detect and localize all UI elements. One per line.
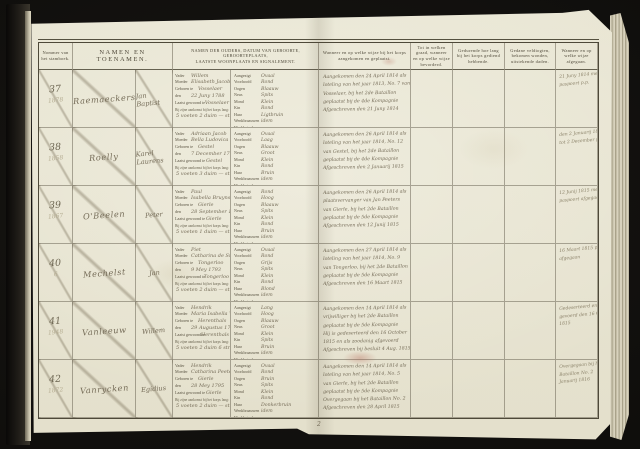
detail-label-moeder: Moeder (175, 79, 190, 86)
signalement-label: Haar (234, 286, 261, 292)
detail-value-lengte: 5 voeten 1 duim — streep (176, 229, 231, 236)
row-number-annotation: 1948 (48, 328, 64, 337)
signalement-value: Bruin (261, 171, 274, 177)
detail-value-moeder: Maria Isabella Wynants (191, 311, 231, 318)
detail-label-gewoond: Laatst gewoond te (175, 100, 204, 107)
signalement-value: Klein (261, 274, 273, 280)
detail-value-moeder: Elisabeth Jacobs (191, 79, 231, 86)
detail-label-vader: Vader (175, 305, 190, 312)
detail-label-vader: Vader (175, 131, 190, 138)
detail-value-moeder: Catharina de Smet (191, 253, 231, 260)
detail-line: den29 Augustus 1793 (175, 325, 229, 332)
detail-value-vader: Piet (191, 247, 201, 254)
promotion-cell-empty (411, 244, 453, 302)
detail-line: Geboren teVosselaer (175, 86, 229, 93)
header-namen: NAMEN EN TOENAMEN. (73, 43, 173, 70)
signalement-value: Bruin (261, 229, 274, 235)
detail-label-gewoond: Laatst gewoond te (175, 216, 205, 223)
header-aankomst: Wanneer en op welke wijze bij het korps … (319, 43, 411, 70)
surname-cell: Roelly (73, 128, 136, 186)
header-bevordering-label: Tot in welken graad, wanneer en op welke… (413, 45, 450, 67)
details-cell: VaderPaulMoederIsabella BruynseelsGebore… (173, 186, 231, 244)
details-cell: VaderHendrikMoederMaria Isabella Wynants… (173, 302, 231, 360)
detail-label-den: den (175, 383, 190, 390)
signalement-value: idem (261, 119, 273, 125)
details-cell: VaderPietMoederCatharina de SmetGeboren … (173, 244, 231, 302)
detail-line: MoederIsabella Bruynseels (175, 195, 229, 202)
detail-value-den: 28 September 1796 (191, 209, 231, 216)
detail-label-vader: Vader (175, 363, 190, 370)
detail-line: VaderHendrik (175, 305, 229, 312)
service-note-line: Afgeschreven bij besluit 4 Aug. 1815 (323, 346, 408, 356)
header-ouders: NAMEN DER OUDERS, DATUM VAN GEBOORTE, GE… (173, 43, 319, 70)
signalement-label: Kin (234, 395, 261, 401)
detail-line: Laatst gewoond teGierle (175, 216, 229, 223)
signalement-label: Voorhoofd (234, 253, 261, 259)
signalement-label: Oogen (234, 260, 261, 266)
service-notes-cell: Aangekomen den 24 April 1814 alsloteling… (319, 70, 411, 128)
detail-label-moeder: Moeder (175, 137, 190, 144)
signalement-label: Kin (234, 105, 261, 111)
signalement-value: Ovaal (261, 248, 275, 254)
service-duration-cell-empty (453, 244, 505, 302)
signalement-value: idem (261, 293, 273, 299)
detail-value-den: 7 December 1794 (191, 151, 231, 158)
detail-line: Laatst gewoond teVosselaer (175, 100, 229, 107)
detail-value-den: 29 Augustus 1793 (191, 325, 231, 332)
detail-length-line: 5 voeten 1 duim — streep (175, 229, 229, 236)
detail-value-den: 28 Mey 1795 (191, 383, 224, 390)
signalement-value: Groot (261, 151, 275, 157)
detail-line: Geboren teGierle (175, 202, 229, 209)
detail-value-gewoond: Gierle (206, 216, 222, 223)
detail-label-moeder: Moeder (175, 311, 190, 318)
header-afgegaan: Wanneer en op welke wijze afgegaan. (556, 43, 598, 70)
signalement-cell: AangezigtLangVoorhoofdHoogOogenBlaauwNeu… (231, 302, 319, 360)
signalement-label: Oogen (234, 376, 261, 382)
detail-line: VaderHendrik (175, 363, 229, 370)
detail-value-vader: Willem (191, 73, 209, 80)
detail-label-moeder: Moeder (175, 369, 190, 376)
service-note-line: Afgeschreven den 21 Juny 1814 (323, 106, 408, 116)
service-note-line: Afgeschreven den 28 April 1815 (323, 404, 408, 414)
service-note-line: Afgeschreven den 16 Maart 1815 (323, 280, 408, 290)
signalement-label: Voorhoofd (234, 311, 261, 317)
surname: O'Beelen (83, 208, 126, 221)
signalement-value: Ovaal (261, 132, 275, 138)
signalement-label: Kin (234, 163, 261, 169)
row-number-annotation: 6 (53, 271, 58, 278)
footer-page-mark: 2 (317, 421, 321, 428)
signalement-label: Wenkbraauwen (234, 408, 261, 414)
signalement-label: Haar (234, 402, 261, 408)
detail-line: den22 Juny 1788 (175, 93, 229, 100)
signalement-label: Haar (234, 228, 261, 234)
detail-line: den28 September 1796 (175, 209, 229, 216)
fore-edge-pages (610, 13, 629, 440)
detail-label-geboren: Geboren te (175, 318, 197, 325)
detail-value-vader: Paul (191, 189, 202, 196)
signalement-value: Bruin (261, 345, 274, 351)
signalement-value: Rond (261, 164, 273, 170)
detail-label-geboren: Geboren te (175, 86, 197, 93)
signalement-label: Kin (234, 221, 261, 227)
detail-value-den: 9 Mey 1793 (191, 267, 221, 274)
firstname-cell: Willem (136, 302, 173, 360)
signalement-label: Kin (234, 337, 261, 343)
signalement-cell: AangezigtOvaalVoorhoofdRondOogenBruinNeu… (231, 360, 319, 418)
service-notes-cell: Aangekomen den 26 April 1814 alsloteling… (319, 128, 411, 186)
detail-value-vader: Hendrik (191, 305, 212, 312)
detail-length-line: 5 voeten 2 duim — streep (175, 113, 229, 120)
promotion-cell-empty (411, 186, 453, 244)
row-number: 37 (49, 84, 62, 96)
detail-value-moeder: Isabella Bruynseels (191, 195, 231, 202)
signalement-label: Aangezigt (234, 305, 261, 311)
detail-line: den7 December 1794 (175, 151, 229, 158)
discharge-remarks-cell: 21 Juny 1814 metpaspoort p.p. (556, 70, 598, 128)
detail-line: Geboren teHerenthals (175, 318, 229, 325)
detail-value-gewoond: Vosselaer (205, 100, 229, 107)
detail-value-geboren: Gierle (198, 202, 214, 209)
signalement-label: Oogen (234, 318, 261, 324)
header-aankomst-label: Wanneer en op welke wijze bij het korps … (321, 50, 408, 61)
discharge-remarks-cell: den 2 Januarij 1815tot 2 December p.p. (556, 128, 598, 186)
discharge-remarks-cell: Gedeserteerd en af-gevoerd den 16 Octob.… (556, 302, 598, 360)
detail-value-gewoond: Gestel (206, 158, 222, 165)
row-number: 38 (49, 142, 62, 154)
signalement-label: Voorhoofd (234, 137, 261, 143)
detail-line: MoederCatharina de Smet (175, 253, 229, 260)
promotion-cell-empty (411, 302, 453, 360)
detail-label-gewoond: Laatst gewoond te (175, 332, 200, 339)
firstname: Peter (145, 210, 163, 220)
signalement-label: Oogen (234, 144, 261, 150)
signalement-value: Ligtbruin (261, 113, 283, 119)
service-note-line: Afgeschreven den 2 Januarij 1815 (323, 164, 408, 174)
detail-label-geboren: Geboren te (175, 202, 197, 209)
header-dienst-label: Gedurende hoe lang bij het korps gediend… (455, 48, 502, 65)
firstname: Willem (142, 326, 166, 336)
promotion-cell-empty (411, 128, 453, 186)
signalement-label: Kin (234, 279, 261, 285)
signalement-label: Oogen (234, 202, 261, 208)
detail-line: VaderAdriaan Jacob (175, 131, 229, 138)
signalement-value: Klein (261, 100, 273, 106)
row-number-cell: 421872 (39, 360, 73, 418)
firstname-cell: Jan Baptist (136, 70, 173, 128)
signalement-value: Klein (261, 216, 273, 222)
service-notes-cell: Aangekomen den 26 April 1814 alsplaatsve… (319, 186, 411, 244)
detail-label-geboren: Geboren te (175, 376, 197, 383)
service-notes-cell: Aangekomen den 14 April 1814 alsloteling… (319, 360, 411, 418)
signalement-value: Blaauw (261, 203, 279, 209)
row-number-annotation: 1858 (48, 154, 64, 163)
signalement-label: Mond (234, 273, 261, 279)
signalement-line: Merkb. teekenen— (234, 415, 317, 418)
signalement-value: Rond (261, 190, 273, 196)
detail-value-gewoond: Herenthals (201, 332, 229, 339)
surname: Roelly (89, 150, 119, 162)
detail-value-geboren: Vosselaer (198, 86, 222, 93)
signalement-label: Voorhoofd (234, 195, 261, 201)
firstname-cell: Peter (136, 186, 173, 244)
signalement-cell: AangezigtOvaalVoorhoofdRondOogenGrijsNeu… (231, 244, 319, 302)
signalement-label: Mond (234, 331, 261, 337)
discharge-remarks-cell: 16 Maart 1815 p.p.afgegaan (556, 244, 598, 302)
campaigns-cell-empty (505, 128, 556, 186)
signalement-value: Blaauw (261, 87, 279, 93)
signalement-value: Ovaal (261, 364, 275, 370)
detail-line: MoederCatharina Peeters (175, 369, 229, 376)
signalement-value: Rond (261, 254, 273, 260)
surname: Vanrycken (79, 382, 129, 395)
signalement-value: Lang (261, 306, 273, 312)
service-duration-cell-empty (453, 186, 505, 244)
row-number-annotation: 1878 (48, 96, 64, 105)
signalement-label: Voorhoofd (234, 369, 261, 375)
surname: Mechelst (82, 266, 125, 279)
service-duration-cell-empty (453, 128, 505, 186)
details-cell: VaderWillemMoederElisabeth JacobsGeboren… (173, 70, 231, 128)
signalement-label: Neus (234, 208, 261, 214)
firstname: Jan (148, 268, 159, 277)
signalement-value: Rond (261, 280, 273, 286)
surname-cell: O'Beelen (73, 186, 136, 244)
row-number-annotation: 1867 (48, 212, 64, 221)
detail-value-vader: Hendrik (191, 363, 212, 370)
header-stamboek-label: Nommer van het stamboek. (41, 50, 70, 61)
detail-label-vader: Vader (175, 73, 190, 80)
signalement-label: Neus (234, 382, 261, 388)
detail-label-gewoond: Laatst gewoond te (175, 158, 205, 165)
firstname: Jan Baptist (136, 89, 173, 108)
signalement-label: Neus (234, 324, 261, 330)
detail-line: Laatst gewoond teGestel (175, 158, 229, 165)
signalement-cell: AangezigtOvaalVoorhoofdRondOogenBlaauwNe… (231, 70, 319, 128)
signalement-value: Blond (261, 287, 275, 293)
signalement-value: Rond (261, 370, 273, 376)
detail-label-gewoond: Laatst gewoond te (175, 274, 203, 281)
signalement-value: Klein (261, 390, 273, 396)
detail-value-geboren: Herenthals (198, 318, 226, 325)
detail-value-vader: Adriaan Jacob (191, 131, 227, 138)
signalement-label: Mond (234, 215, 261, 221)
page-edge-left (25, 11, 31, 441)
photo-background: Nommer van het stamboek. NAMEN EN TOENAM… (0, 0, 640, 449)
campaigns-cell-empty (505, 244, 556, 302)
detail-label-den: den (175, 267, 190, 274)
firstname-cell: Egidius (136, 360, 173, 418)
signalement-label: Aangezigt (234, 131, 261, 137)
surname: Vanleeuw (81, 324, 126, 337)
detail-line: Laatst gewoond teHerenthals (175, 332, 229, 339)
detail-line: VaderWillem (175, 73, 229, 80)
detail-label-den: den (175, 93, 190, 100)
surname-cell: Raemaeckers (73, 70, 136, 128)
row-number-cell: 406 (39, 244, 73, 302)
signalement-value: idem (261, 351, 273, 357)
signalement-label: Oogen (234, 86, 261, 92)
row-number: 41 (49, 316, 62, 328)
signalement-label: Neus (234, 92, 261, 98)
detail-label-moeder: Moeder (175, 195, 190, 202)
detail-label-moeder: Moeder (175, 253, 190, 260)
detail-value-lengte: 5 voeten 2 duim — streep (176, 287, 231, 294)
signalement-label: Wenkbraauwen (234, 292, 261, 298)
signalement-label: Aangezigt (234, 363, 261, 369)
details-cell: VaderHendrikMoederCatharina PeetersGebor… (173, 360, 231, 418)
signalement-label: Mond (234, 99, 261, 105)
signalement-value: Spits (261, 383, 273, 389)
detail-line: den28 Mey 1795 (175, 383, 229, 390)
row-number-cell: 381858 (39, 128, 73, 186)
header-afgegaan-label: Wanneer en op welke wijze afgegaan. (558, 48, 595, 65)
signalement-value: Ovaal (261, 74, 275, 80)
signalement-label: Haar (234, 170, 261, 176)
signalement-label: Merkb. teekenen (234, 415, 262, 418)
signalement-label: Mond (234, 389, 261, 395)
detail-line: VaderPaul (175, 189, 229, 196)
signalement-label: Aangezigt (234, 73, 261, 79)
detail-length-line: 5 voeten 3 duim — streep (175, 171, 229, 178)
register-table: Nommer van het stamboek. NAMEN EN TOENAM… (38, 42, 599, 419)
signalement-label: Aangezigt (234, 189, 261, 195)
signalement-label: Wenkbraauwen (234, 176, 261, 182)
signalement-value: Blaauw (261, 145, 279, 151)
signalement-value: Spits (261, 93, 273, 99)
signalement-label: Mond (234, 157, 261, 163)
header-bevordering: Tot in welken graad, wanneer en op welke… (411, 43, 453, 70)
row-number: 40 (49, 258, 62, 270)
firstname: Karel Laurens (136, 147, 173, 166)
signalement-value: Rond (261, 80, 273, 86)
service-notes-cell: Aangekomen den 14 April 1814 alsvrijwill… (319, 302, 411, 360)
detail-label-geboren: Geboren te (175, 144, 197, 151)
campaigns-cell-empty (505, 186, 556, 244)
signalement-value: Bruin (261, 377, 274, 383)
signalement-value: Spits (261, 338, 273, 344)
signalement-label: Aangezigt (234, 247, 261, 253)
signalement-value: Grijs (261, 261, 272, 267)
service-duration-cell-empty (453, 70, 505, 128)
register-page: Nommer van het stamboek. NAMEN EN TOENAM… (29, 9, 612, 442)
signalement-value: Klein (261, 332, 273, 338)
row-number: 39 (49, 200, 62, 212)
detail-value-gewoond: Tongerloo (204, 274, 229, 281)
promotion-cell-empty (411, 70, 453, 128)
promotion-cell-empty (411, 360, 453, 418)
discharge-remarks-cell: Overgegaan bij hetBataillon No. 2Januari… (556, 360, 598, 418)
detail-value-geboren: Tongerloo (198, 260, 223, 267)
detail-label-vader: Vader (175, 189, 190, 196)
signalement-label: Neus (234, 150, 261, 156)
signalement-value: Hoog (261, 312, 274, 318)
surname: Raemaeckers (73, 91, 136, 105)
campaigns-cell-empty (505, 360, 556, 418)
campaigns-cell-empty (505, 302, 556, 360)
detail-label-geboren: Geboren te (175, 260, 197, 267)
header-dienst: Gedurende hoe lang bij het korps gediend… (453, 43, 505, 70)
signalement-value: idem (261, 235, 273, 241)
row-number-cell: 371878 (39, 70, 73, 128)
firstname-cell: Jan (136, 244, 173, 302)
signalement-value: Rond (261, 222, 273, 228)
signalement-value: Spits (261, 209, 273, 215)
details-cell: VaderAdriaan JacobMoederBella LudovicaGe… (173, 128, 231, 186)
signalement-value: Spits (261, 267, 273, 273)
signalement-value: idem (261, 177, 273, 183)
service-duration-cell-empty (453, 360, 505, 418)
signalement-value: Groot (261, 325, 275, 331)
signalement-value: Hoog (261, 196, 274, 202)
row-number: 42 (49, 374, 62, 386)
signalement-value: Rond (261, 106, 273, 112)
surname-cell: Vanleeuw (73, 302, 136, 360)
detail-value-geboren: Gestel (198, 144, 214, 151)
detail-line: Geboren teGierle (175, 376, 229, 383)
signalement-value: idem (261, 409, 273, 415)
signalement-label: Wenkbraauwen (234, 118, 261, 124)
firstname-cell: Karel Laurens (136, 128, 173, 186)
firstname: Egidius (141, 383, 167, 393)
detail-label-den: den (175, 151, 190, 158)
detail-label-den: den (175, 209, 190, 216)
detail-length-line: 5 voeten 2 duim — streep (175, 287, 229, 294)
signalement-value: Blaauw (261, 319, 279, 325)
signalement-value: Klein (261, 158, 273, 164)
detail-line: VaderPiet (175, 247, 229, 254)
signalement-value: Donkerbruin (261, 403, 291, 409)
row-number-annotation: 1872 (48, 386, 64, 395)
row-number-cell: 411948 (39, 302, 73, 360)
detail-length-line: 5 voeten 2 duim 6 streep (175, 345, 229, 352)
campaigns-cell-empty (505, 70, 556, 128)
signalement-value: Rond (261, 396, 273, 402)
header-ouders-line1: NAMEN DER OUDERS, DATUM VAN GEBOORTE, GE… (175, 48, 316, 59)
row-number-cell: 391867 (39, 186, 73, 244)
header-stamboek: Nommer van het stamboek. (39, 43, 73, 70)
signalement-cell: AangezigtRondVoorhoofdHoogOogenBlaauwNeu… (231, 186, 319, 244)
detail-line: MoederMaria Isabella Wynants (175, 311, 229, 318)
detail-line: Geboren teTongerloo (175, 260, 229, 267)
detail-line: Laatst gewoond teGierle (175, 390, 229, 397)
service-notes-cell: Aangekomen den 27 April 1814 alsloteling… (319, 244, 411, 302)
service-duration-cell-empty (453, 302, 505, 360)
service-note-line: Afgeschreven den 12 Junij 1815 (323, 222, 408, 232)
signalement-value: — (262, 416, 267, 418)
signalement-label: Neus (234, 266, 261, 272)
signalement-label: Wenkbraauwen (234, 350, 261, 356)
detail-label-den: den (175, 325, 190, 332)
signalement-label: Voorhoofd (234, 79, 261, 85)
detail-line: Geboren teGestel (175, 144, 229, 151)
detail-value-gewoond: Gierle (206, 390, 222, 397)
signalement-cell: AangezigtOvaalVoorhoofdLaagOogenBlaauwNe… (231, 128, 319, 186)
signalement-label: Haar (234, 112, 261, 118)
detail-length-line: 5 voeten 2 duim — streep (175, 403, 229, 410)
header-namen-label: NAMEN EN TOENAMEN. (75, 49, 170, 63)
discharge-remarks-cell: 12 Junij 1815 metpaspoort afgegaan (556, 186, 598, 244)
signalement-label: Wenkbraauwen (234, 234, 261, 240)
detail-line: MoederBella Ludovica (175, 137, 229, 144)
signalement-value: Laag (261, 138, 273, 144)
detail-value-moeder: Bella Ludovica (191, 137, 228, 144)
detail-value-lengte: 5 voeten 2 duim — streep (176, 113, 231, 120)
header-veldtogten: Gedane veldtogten, bekomen wonden, uitst… (505, 43, 556, 70)
signalement-label: Haar (234, 344, 261, 350)
detail-value-lengte: 5 voeten 2 duim 6 streep (176, 345, 231, 352)
